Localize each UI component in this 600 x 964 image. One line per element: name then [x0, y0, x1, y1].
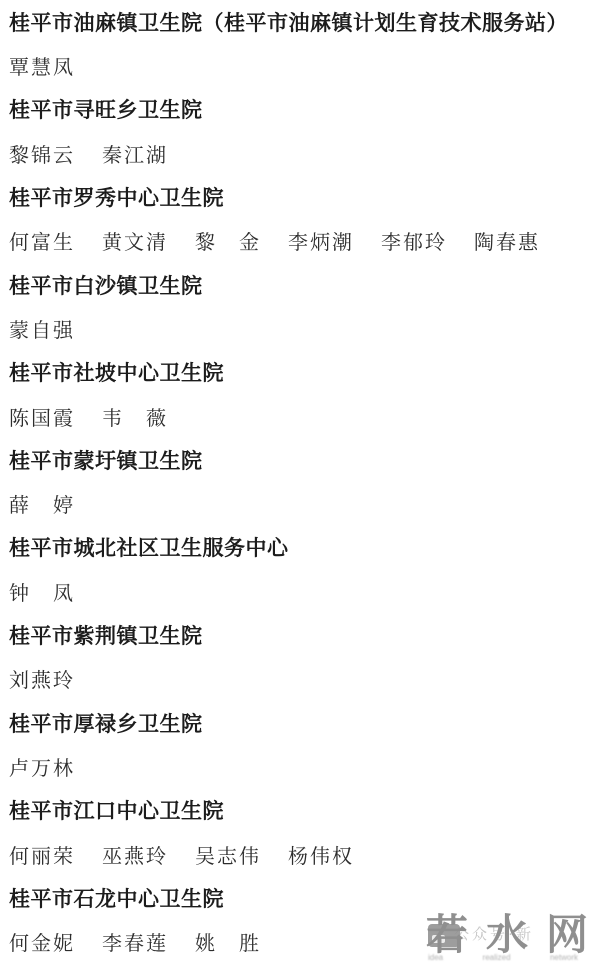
- person-name: 陶春惠: [474, 226, 540, 255]
- person-name: 覃慧凤: [9, 51, 75, 80]
- document-lines: 桂平市油麻镇卫生院（桂平市油麻镇计划生育技术服务站）覃慧凤桂平市寻旺乡卫生院黎锦…: [0, 0, 600, 964]
- person-name: 黄文清: [102, 226, 168, 255]
- names-row: 覃慧凤: [0, 44, 600, 88]
- person-name: 姚 胜: [195, 927, 261, 956]
- person-name: 韦 薇: [102, 402, 168, 431]
- person-name: 黎锦云: [9, 139, 75, 168]
- names-row: 何金妮李春莲姚 胜: [0, 920, 600, 964]
- person-name: 秦江湖: [102, 139, 168, 168]
- names-row: 刘燕玲: [0, 657, 600, 701]
- document-page: 桂平市油麻镇卫生院（桂平市油麻镇计划生育技术服务站）覃慧凤桂平市寻旺乡卫生院黎锦…: [0, 0, 600, 964]
- org-header: 桂平市厚禄乡卫生院: [0, 701, 600, 745]
- org-header: 桂平市寻旺乡卫生院: [0, 88, 600, 132]
- person-name: 何金妮: [9, 927, 75, 956]
- names-row: 何富生黄文清黎 金李炳潮李郁玲陶春惠: [0, 219, 600, 263]
- person-name: 刘燕玲: [9, 664, 75, 693]
- person-name: 黎 金: [195, 226, 261, 255]
- org-header: 桂平市罗秀中心卫生院: [0, 175, 600, 219]
- person-name: 钟 凤: [9, 577, 75, 606]
- person-name: 吴志伟: [195, 840, 261, 869]
- names-row: 卢万林: [0, 745, 600, 789]
- person-name: 巫燕玲: [102, 840, 168, 869]
- names-row: 何丽荣巫燕玲吴志伟杨伟权: [0, 832, 600, 876]
- person-name: 何丽荣: [9, 840, 75, 869]
- names-row: 黎锦云秦江湖: [0, 131, 600, 175]
- org-header: 桂平市紫荆镇卫生院: [0, 613, 600, 657]
- person-name: 李炳潮: [288, 226, 354, 255]
- person-name: 李春莲: [102, 927, 168, 956]
- person-name: 何富生: [9, 226, 75, 255]
- person-name: 李郁玲: [381, 226, 447, 255]
- person-name: 蒙自强: [9, 314, 75, 343]
- org-header: 桂平市白沙镇卫生院: [0, 263, 600, 307]
- names-row: 蒙自强: [0, 307, 600, 351]
- person-name: 杨伟权: [288, 840, 354, 869]
- org-header: 桂平市城北社区卫生服务中心: [0, 526, 600, 570]
- names-row: 钟 凤: [0, 569, 600, 613]
- org-header: 桂平市油麻镇卫生院（桂平市油麻镇计划生育技术服务站）: [0, 0, 600, 44]
- org-header: 桂平市江口中心卫生院: [0, 788, 600, 832]
- org-header: 桂平市蒙圩镇卫生院: [0, 438, 600, 482]
- person-name: 陈国霞: [9, 402, 75, 431]
- org-header: 桂平市石龙中心卫生院: [0, 876, 600, 920]
- names-row: 薛 婷: [0, 482, 600, 526]
- names-row: 陈国霞韦 薇: [0, 394, 600, 438]
- person-name: 卢万林: [9, 752, 75, 781]
- person-name: 薛 婷: [9, 489, 75, 518]
- org-header: 桂平市社坡中心卫生院: [0, 350, 600, 394]
